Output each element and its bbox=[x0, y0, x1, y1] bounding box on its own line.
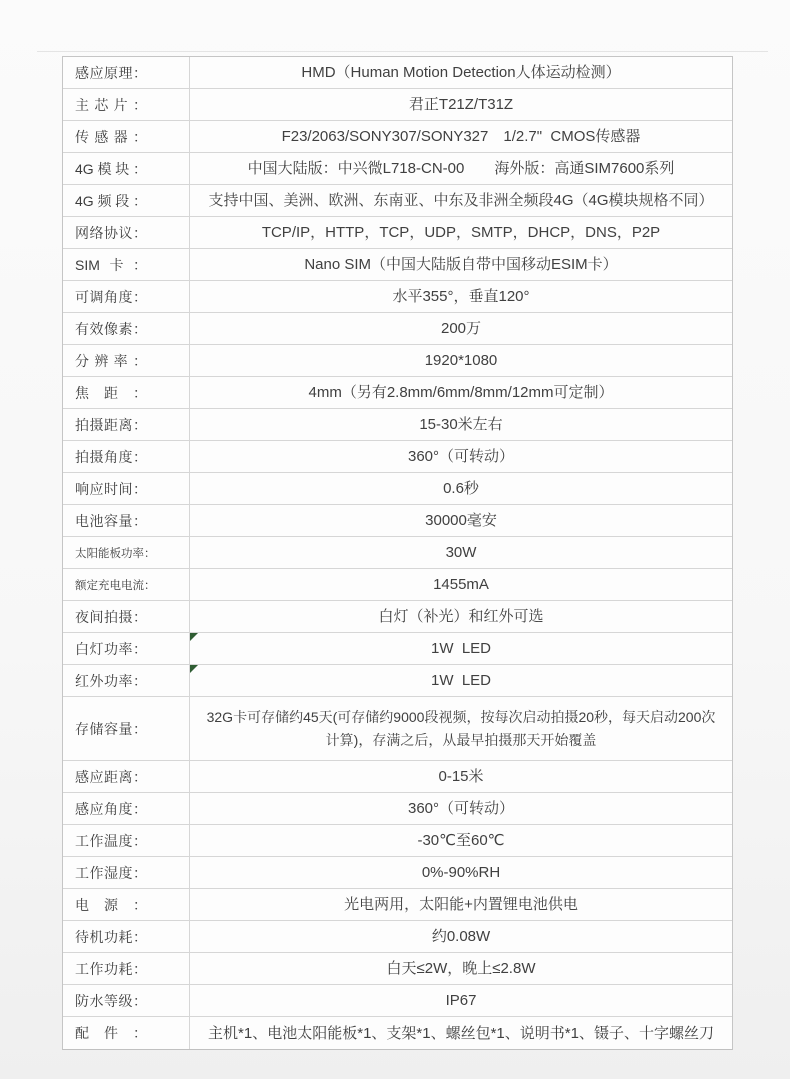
spec-label-cell: 工作湿度： bbox=[63, 857, 190, 888]
spec-value: 32G卡可存储约45天(可存储约9000段视频，按每次启动拍摄20秒，每天启动2… bbox=[202, 706, 720, 752]
spec-value-cell: 白天≤2W，晚上≤2.8W bbox=[190, 953, 732, 984]
spec-label: 响应时间： bbox=[75, 479, 147, 499]
spec-row: 防水等级：IP67 bbox=[63, 985, 732, 1017]
spec-row: 有效像素：200万 bbox=[63, 313, 732, 345]
spec-value-cell: 水平355°，垂直120° bbox=[190, 281, 732, 312]
comment-marker-icon bbox=[190, 633, 198, 641]
spec-label: 额定充电电流： bbox=[75, 577, 147, 593]
spec-value-cell: 君正T21Z/T31Z bbox=[190, 89, 732, 120]
spec-label-cell: 感应原理： bbox=[63, 57, 190, 88]
spec-value: 200万 bbox=[441, 318, 481, 339]
spec-row: 感应原理：HMD（Human Motion Detection人体运动检测） bbox=[63, 57, 732, 89]
spec-value: 0-15米 bbox=[438, 766, 483, 787]
spec-row: 工作温度：-30℃至60℃ bbox=[63, 825, 732, 857]
spec-value: 水平355°，垂直120° bbox=[392, 286, 529, 307]
spec-row: 主芯片：君正T21Z/T31Z bbox=[63, 89, 732, 121]
spec-value-cell: 白灯（补光）和红外可选 bbox=[190, 601, 732, 632]
spec-value-cell: 1920*1080 bbox=[190, 345, 732, 376]
spec-row: 红外功率：1W LED bbox=[63, 665, 732, 697]
spec-value: -30℃至60℃ bbox=[417, 830, 504, 851]
spec-label-cell: 额定充电电流： bbox=[63, 569, 190, 600]
spec-value-cell: 15-30米左右 bbox=[190, 409, 732, 440]
spec-table: 感应原理：HMD（Human Motion Detection人体运动检测）主芯… bbox=[62, 56, 733, 1050]
spec-label-cell: 感应角度： bbox=[63, 793, 190, 824]
top-divider-line bbox=[37, 51, 768, 52]
comment-marker-icon bbox=[190, 665, 198, 673]
spec-label-cell: 可调角度： bbox=[63, 281, 190, 312]
spec-value: 1W LED bbox=[431, 638, 491, 659]
spec-value: 0.6秒 bbox=[443, 478, 479, 499]
spec-label-cell: 工作温度： bbox=[63, 825, 190, 856]
spec-label-cell: 拍摄角度： bbox=[63, 441, 190, 472]
spec-label: 白灯功率： bbox=[75, 639, 147, 659]
spec-label-cell: 4G频段： bbox=[63, 185, 190, 216]
spec-value-cell: -30℃至60℃ bbox=[190, 825, 732, 856]
spec-row: 4G模块：中国大陆版：中兴微L718-CN-00 海外版：高通SIM7600系列 bbox=[63, 153, 732, 185]
spec-label-cell: SIM卡： bbox=[63, 249, 190, 280]
spec-row: 待机功耗：约0.08W bbox=[63, 921, 732, 953]
spec-label-cell: 红外功率： bbox=[63, 665, 190, 696]
spec-value-cell: 30000毫安 bbox=[190, 505, 732, 536]
spec-label: 拍摄角度： bbox=[75, 447, 147, 467]
spec-value: 30W bbox=[446, 542, 477, 563]
spec-row: SIM卡：Nano SIM（中国大陆版自带中国移动ESIM卡） bbox=[63, 249, 732, 281]
spec-value: TCP/IP，HTTP，TCP，UDP，SMTP，DHCP，DNS，P2P bbox=[262, 222, 660, 243]
spec-row: 工作功耗：白天≤2W，晚上≤2.8W bbox=[63, 953, 732, 985]
spec-label-cell: 夜间拍摄： bbox=[63, 601, 190, 632]
spec-value-cell: 0.6秒 bbox=[190, 473, 732, 504]
spec-label: 太阳能板功率： bbox=[75, 545, 147, 561]
spec-label: 感应角度： bbox=[75, 799, 147, 819]
spec-label: 工作功耗： bbox=[75, 959, 147, 979]
spec-value: HMD（Human Motion Detection人体运动检测） bbox=[301, 62, 620, 83]
spec-label: SIM卡： bbox=[75, 255, 147, 275]
spec-value-cell: 0-15米 bbox=[190, 761, 732, 792]
spec-row: 感应距离：0-15米 bbox=[63, 761, 732, 793]
spec-label-cell: 传感器： bbox=[63, 121, 190, 152]
spec-value-cell: 支持中国、美洲、欧洲、东南亚、中东及非洲全频段4G（4G模块规格不同） bbox=[190, 185, 732, 216]
spec-value: 中国大陆版：中兴微L718-CN-00 海外版：高通SIM7600系列 bbox=[248, 158, 675, 179]
spec-row: 白灯功率：1W LED bbox=[63, 633, 732, 665]
spec-label: 4G频段： bbox=[75, 191, 147, 211]
spec-label-cell: 分辨率： bbox=[63, 345, 190, 376]
spec-value-cell: 约0.08W bbox=[190, 921, 732, 952]
spec-label-cell: 有效像素： bbox=[63, 313, 190, 344]
spec-label: 传感器： bbox=[75, 127, 147, 147]
spec-value-cell: 4mm（另有2.8mm/6mm/8mm/12mm可定制） bbox=[190, 377, 732, 408]
spec-value-cell: 32G卡可存储约45天(可存储约9000段视频，按每次启动拍摄20秒，每天启动2… bbox=[190, 697, 732, 760]
spec-value: 1455mA bbox=[433, 574, 489, 595]
spec-label: 有效像素： bbox=[75, 319, 147, 339]
spec-row: 额定充电电流：1455mA bbox=[63, 569, 732, 601]
spec-value-cell: HMD（Human Motion Detection人体运动检测） bbox=[190, 57, 732, 88]
spec-value-cell: 1W LED bbox=[190, 633, 732, 664]
spec-value-cell: IP67 bbox=[190, 985, 732, 1016]
spec-value-cell: 光电两用，太阳能+内置锂电池供电 bbox=[190, 889, 732, 920]
spec-label-cell: 白灯功率： bbox=[63, 633, 190, 664]
spec-value: IP67 bbox=[446, 990, 477, 1011]
spec-value: 君正T21Z/T31Z bbox=[409, 94, 513, 115]
spec-row: 分辨率：1920*1080 bbox=[63, 345, 732, 377]
spec-label: 工作湿度： bbox=[75, 863, 147, 883]
spec-label: 夜间拍摄： bbox=[75, 607, 147, 627]
spec-value: 360°（可转动） bbox=[408, 446, 514, 467]
spec-label: 焦距： bbox=[75, 383, 147, 403]
spec-row: 焦距：4mm（另有2.8mm/6mm/8mm/12mm可定制） bbox=[63, 377, 732, 409]
spec-value-cell: TCP/IP，HTTP，TCP，UDP，SMTP，DHCP，DNS，P2P bbox=[190, 217, 732, 248]
spec-value: 30000毫安 bbox=[425, 510, 497, 531]
spec-value-cell: 360°（可转动） bbox=[190, 441, 732, 472]
spec-row: 太阳能板功率：30W bbox=[63, 537, 732, 569]
spec-value: 1W LED bbox=[431, 670, 491, 691]
spec-value-cell: 1W LED bbox=[190, 665, 732, 696]
spec-value-cell: F23/2063/SONY307/SONY327 1/2.7" CMOS传感器 bbox=[190, 121, 732, 152]
spec-row: 可调角度：水平355°，垂直120° bbox=[63, 281, 732, 313]
spec-value: 15-30米左右 bbox=[419, 414, 502, 435]
spec-label: 网络协议： bbox=[75, 223, 147, 243]
spec-label-cell: 网络协议： bbox=[63, 217, 190, 248]
spec-label-cell: 存储容量： bbox=[63, 697, 190, 760]
spec-value-cell: 1455mA bbox=[190, 569, 732, 600]
spec-label: 可调角度： bbox=[75, 287, 147, 307]
spec-value: F23/2063/SONY307/SONY327 1/2.7" CMOS传感器 bbox=[282, 126, 641, 147]
spec-label: 分辨率： bbox=[75, 351, 147, 371]
spec-label-cell: 感应距离： bbox=[63, 761, 190, 792]
spec-row: 电池容量：30000毫安 bbox=[63, 505, 732, 537]
spec-value-cell: 中国大陆版：中兴微L718-CN-00 海外版：高通SIM7600系列 bbox=[190, 153, 732, 184]
spec-label: 感应距离： bbox=[75, 767, 147, 787]
spec-row: 拍摄角度：360°（可转动） bbox=[63, 441, 732, 473]
spec-label: 红外功率： bbox=[75, 671, 147, 691]
spec-value: 白天≤2W，晚上≤2.8W bbox=[387, 958, 536, 979]
spec-row: 配件：主机*1、电池太阳能板*1、支架*1、螺丝包*1、说明书*1、镊子、十字螺… bbox=[63, 1017, 732, 1049]
spec-row: 4G频段：支持中国、美洲、欧洲、东南亚、中东及非洲全频段4G（4G模块规格不同） bbox=[63, 185, 732, 217]
spec-value: Nano SIM（中国大陆版自带中国移动ESIM卡） bbox=[304, 254, 617, 275]
spec-label: 待机功耗： bbox=[75, 927, 147, 947]
spec-value: 0%-90%RH bbox=[422, 862, 500, 883]
spec-value-cell: 360°（可转动） bbox=[190, 793, 732, 824]
spec-value-cell: Nano SIM（中国大陆版自带中国移动ESIM卡） bbox=[190, 249, 732, 280]
spec-value: 光电两用，太阳能+内置锂电池供电 bbox=[344, 894, 578, 915]
spec-label-cell: 拍摄距离： bbox=[63, 409, 190, 440]
spec-label: 电池容量： bbox=[75, 511, 147, 531]
spec-label: 拍摄距离： bbox=[75, 415, 147, 435]
spec-row: 夜间拍摄：白灯（补光）和红外可选 bbox=[63, 601, 732, 633]
spec-label-cell: 待机功耗： bbox=[63, 921, 190, 952]
spec-sheet-page: { "page": { "type": "product-specificati… bbox=[0, 0, 790, 1079]
spec-value: 主机*1、电池太阳能板*1、支架*1、螺丝包*1、说明书*1、镊子、十字螺丝刀 bbox=[208, 1023, 714, 1044]
spec-label: 感应原理： bbox=[75, 63, 147, 83]
spec-label-cell: 太阳能板功率： bbox=[63, 537, 190, 568]
spec-row: 电源：光电两用，太阳能+内置锂电池供电 bbox=[63, 889, 732, 921]
spec-value: 约0.08W bbox=[432, 926, 490, 947]
spec-label-cell: 主芯片： bbox=[63, 89, 190, 120]
spec-value-cell: 0%-90%RH bbox=[190, 857, 732, 888]
spec-label-cell: 工作功耗： bbox=[63, 953, 190, 984]
spec-label-cell: 配件： bbox=[63, 1017, 190, 1049]
spec-label-cell: 焦距： bbox=[63, 377, 190, 408]
spec-label: 4G模块： bbox=[75, 159, 147, 179]
spec-row: 拍摄距离：15-30米左右 bbox=[63, 409, 732, 441]
spec-label: 存储容量： bbox=[75, 719, 147, 739]
spec-label: 电源： bbox=[75, 895, 147, 915]
spec-label-cell: 电池容量： bbox=[63, 505, 190, 536]
spec-row: 响应时间：0.6秒 bbox=[63, 473, 732, 505]
spec-label-cell: 4G模块： bbox=[63, 153, 190, 184]
spec-label-cell: 电源： bbox=[63, 889, 190, 920]
spec-value: 4mm（另有2.8mm/6mm/8mm/12mm可定制） bbox=[308, 382, 613, 403]
spec-value-cell: 200万 bbox=[190, 313, 732, 344]
spec-row: 传感器：F23/2063/SONY307/SONY327 1/2.7" CMOS… bbox=[63, 121, 732, 153]
spec-label-cell: 响应时间： bbox=[63, 473, 190, 504]
spec-value: 1920*1080 bbox=[425, 350, 498, 371]
spec-row: 感应角度：360°（可转动） bbox=[63, 793, 732, 825]
spec-value: 支持中国、美洲、欧洲、东南亚、中东及非洲全频段4G（4G模块规格不同） bbox=[208, 190, 713, 211]
spec-value-cell: 30W bbox=[190, 537, 732, 568]
spec-label: 主芯片： bbox=[75, 95, 147, 115]
spec-label: 工作温度： bbox=[75, 831, 147, 851]
spec-label: 防水等级： bbox=[75, 991, 147, 1011]
spec-row: 工作湿度：0%-90%RH bbox=[63, 857, 732, 889]
spec-row: 存储容量：32G卡可存储约45天(可存储约9000段视频，按每次启动拍摄20秒，… bbox=[63, 697, 732, 761]
spec-row: 网络协议：TCP/IP，HTTP，TCP，UDP，SMTP，DHCP，DNS，P… bbox=[63, 217, 732, 249]
spec-value: 白灯（补光）和红外可选 bbox=[378, 606, 543, 627]
spec-label-cell: 防水等级： bbox=[63, 985, 190, 1016]
spec-value: 360°（可转动） bbox=[408, 798, 514, 819]
spec-value-cell: 主机*1、电池太阳能板*1、支架*1、螺丝包*1、说明书*1、镊子、十字螺丝刀 bbox=[190, 1017, 732, 1049]
spec-label: 配件： bbox=[75, 1023, 147, 1043]
